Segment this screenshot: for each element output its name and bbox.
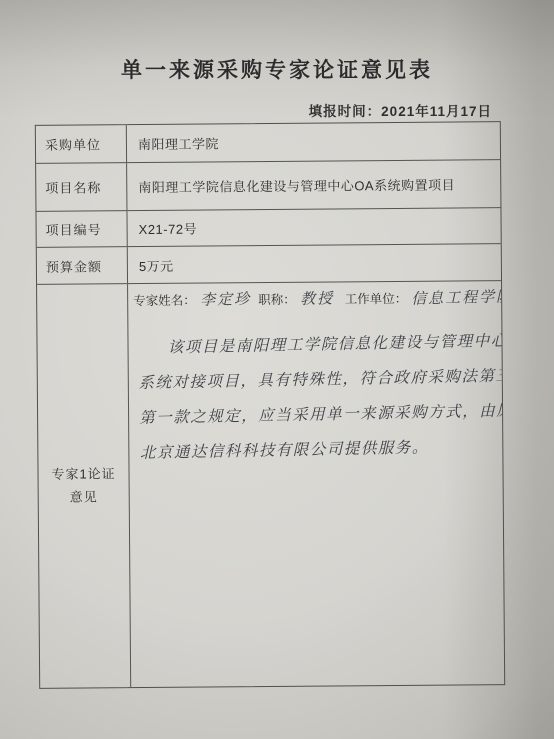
table-row-project-number: 项目编号 X21-72号 <box>36 208 500 248</box>
row-value: 南阳理工学院信息化建设与管理中心OA系统购置项目 <box>127 160 500 210</box>
table-row-purchasing-unit: 采购单位 南阳理工学院 <box>36 122 500 164</box>
report-date: 填报时间：2021年11月17日 <box>0 100 492 120</box>
row-value: X21-72号 <box>127 208 500 246</box>
row-label: 预算金额 <box>37 247 128 284</box>
expert-title-label: 职称： <box>258 293 296 307</box>
expert-name-label: 专家姓名： <box>133 294 196 308</box>
expert-header-line: 专家姓名：李定珍 职称：教授 工作单位：信息工程学院 <box>133 286 497 310</box>
row-label: 项目名称 <box>36 163 127 211</box>
expert-unit-label: 工作单位： <box>345 292 408 306</box>
opinion-line: 北京通达信科科技有限公司提供服务。 <box>140 429 501 471</box>
form-table: 采购单位 南阳理工学院 项目名称 南阳理工学院信息化建设与管理中心OA系统购置项… <box>35 121 505 689</box>
document-photo: 单一来源采购专家论证意见表 填报时间：2021年11月17日 采购单位 南阳理工… <box>0 0 554 739</box>
table-row-project-name: 项目名称 南阳理工学院信息化建设与管理中心OA系统购置项目 <box>36 160 500 212</box>
form-title: 单一来源采购专家论证意见表 <box>0 54 554 84</box>
row-value: 5万元 <box>128 244 501 283</box>
row-label: 采购单位 <box>36 125 127 163</box>
row-value: 南阳理工学院 <box>127 122 500 162</box>
table-row-expert-opinion: 专家1论证意见 专家姓名：李定珍 职称：教授 工作单位：信息工程学院 该项目是南… <box>37 281 504 688</box>
expert-title-value: 教授 <box>299 287 334 309</box>
expert-opinion-label: 专家1论证意见 <box>37 284 131 688</box>
expert-unit-value: 信息工程学院 <box>411 285 504 309</box>
expert-name-value: 李定珍 <box>199 288 251 310</box>
expert-opinion-cell: 专家姓名：李定珍 职称：教授 工作单位：信息工程学院 该项目是南阳理工学院信息化… <box>128 281 504 687</box>
table-row-budget-amount: 预算金额 5万元 <box>37 244 501 285</box>
expert-opinion-text: 该项目是南阳理工学院信息化建设与管理中心的OA 系统对接项目，具有特殊性，符合政… <box>137 324 500 471</box>
opinion-line: 第一款之规定，应当采用单一来源采购方式，由原厂商 <box>139 394 500 436</box>
row-label: 项目编号 <box>36 211 127 247</box>
